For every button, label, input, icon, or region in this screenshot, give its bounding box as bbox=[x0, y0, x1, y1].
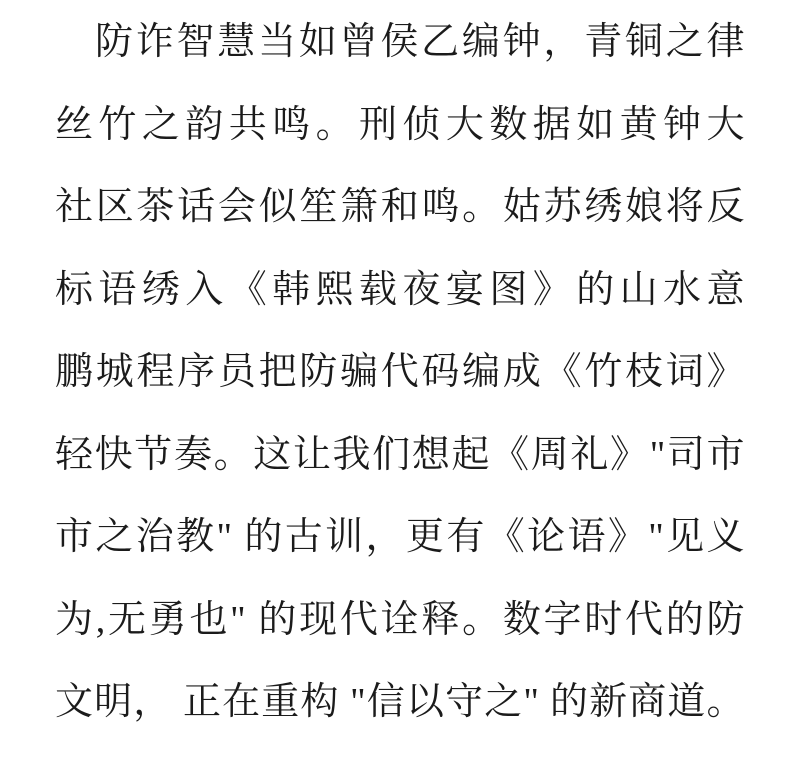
paragraph-line: 市之治教" 的古训，更有《论语》"见义不 bbox=[55, 496, 745, 579]
paragraph-line: 轻快节奏。这让我们想起《周礼》"司市掌 bbox=[55, 414, 745, 497]
document-page: 防诈智慧当如曾侯乙编钟，青铜之律与 丝竹之韵共鸣。刑侦大数据如黄钟大吕， 社区茶… bbox=[0, 0, 800, 757]
paragraph-line: 文明， 正在重构 "信以守之" 的新商道。 bbox=[55, 661, 745, 744]
paragraph-line: 社区茶话会似笙箫和鸣。姑苏绣娘将反诈 bbox=[55, 166, 745, 249]
paragraph: 防诈智慧当如曾侯乙编钟，青铜之律与 丝竹之韵共鸣。刑侦大数据如黄钟大吕， 社区茶… bbox=[55, 1, 745, 744]
paragraph-line: 丝竹之韵共鸣。刑侦大数据如黄钟大吕， bbox=[55, 84, 745, 167]
paragraph-line: 防诈智慧当如曾侯乙编钟，青铜之律与 bbox=[55, 1, 745, 84]
paragraph-line: 鹏城程序员把防骗代码编成《竹枝词》的 bbox=[55, 331, 745, 414]
paragraph-line: 为,无勇也" 的现代诠释。数字时代的防诈 bbox=[55, 579, 745, 662]
paragraph-line: 标语绣入《韩熙载夜宴图》的山水意境， bbox=[55, 249, 745, 332]
